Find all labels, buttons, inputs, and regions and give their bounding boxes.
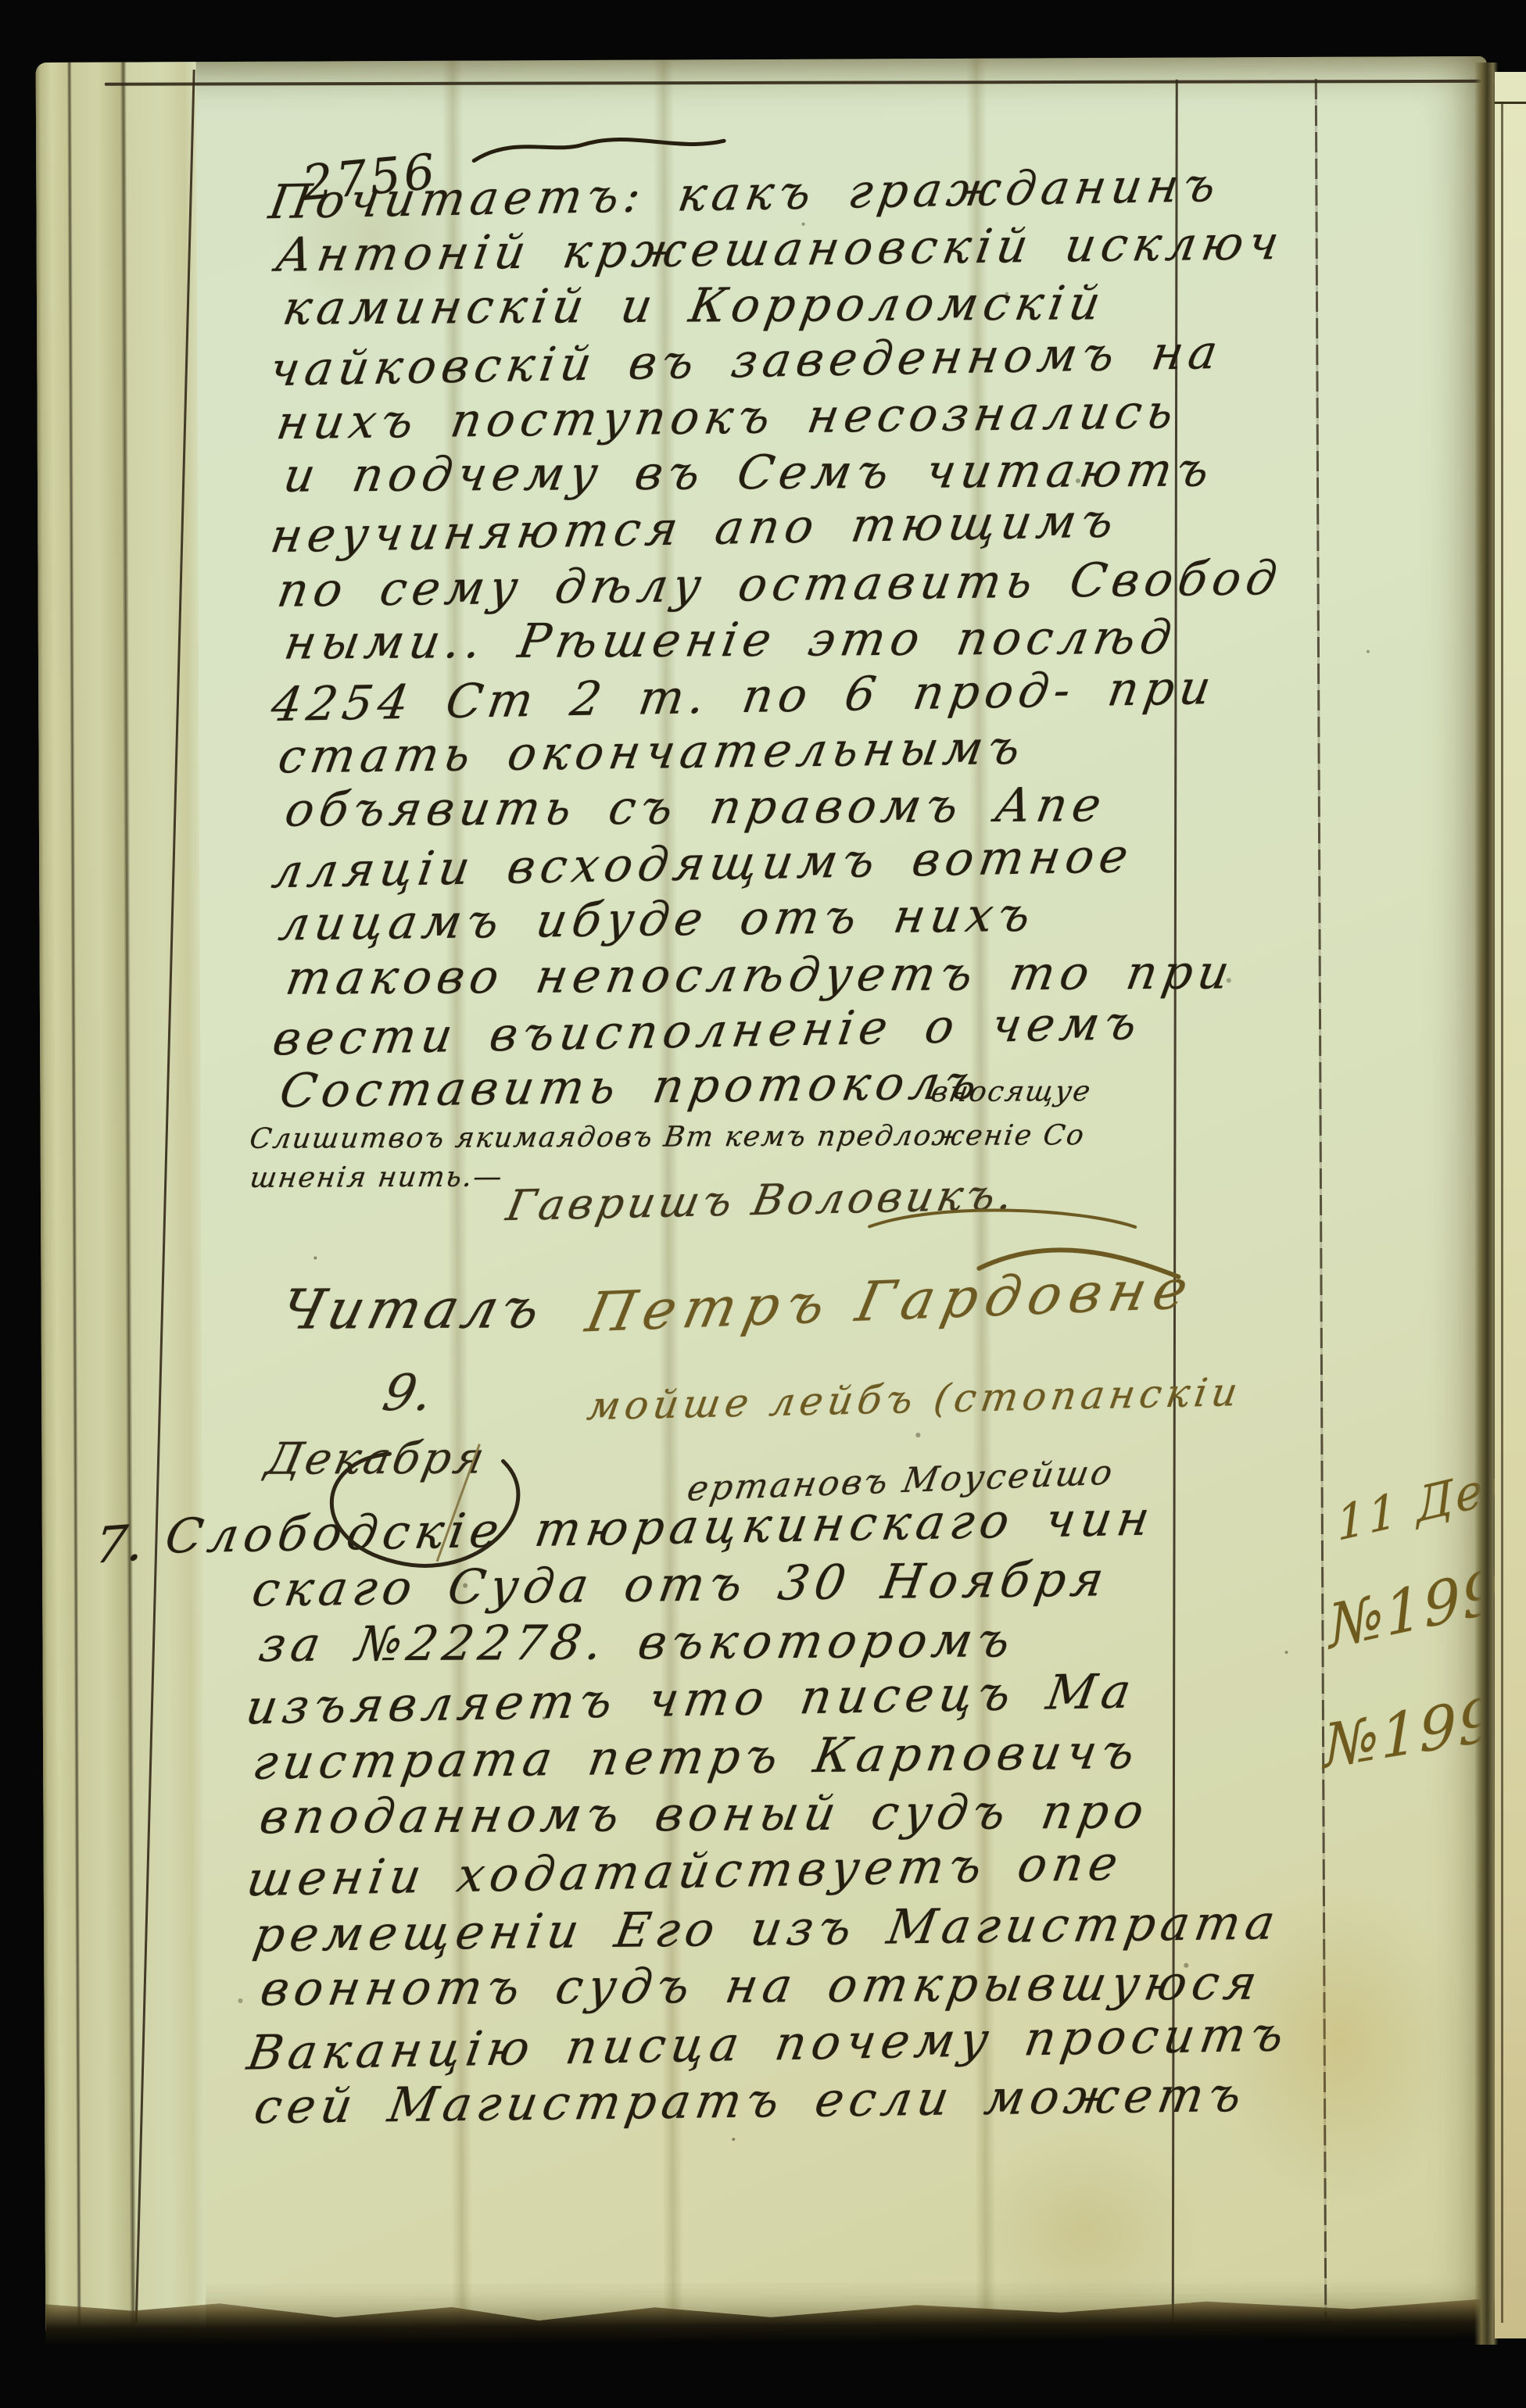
photo-background: 2756 Почитаетъ: какъ гражданинъАнтоній к…	[0, 0, 1526, 2408]
ruled-line-right-outer	[1315, 79, 1327, 2324]
entry7-text-block: Слободскіе тюрацкинскаго чинскаго Суда о…	[36, 56, 1487, 63]
read-date-word: Читалъ	[274, 1276, 552, 1342]
marginal-note-line: шненія нить.—	[248, 1161, 505, 1193]
signature-moishe-leib: мойше лейбъ (стопанскіи	[584, 1369, 1245, 1429]
entry-number: 7.	[92, 1514, 146, 1575]
handwritten-line: Антоній кржешановскій исключ	[272, 216, 1288, 283]
ink-specks	[36, 63, 38, 64]
next-page-ruled-line	[1501, 103, 1503, 2323]
handwritten-line: изъявляетъ что писецъ Ма	[242, 1664, 1140, 1736]
marginal-note-line: Слишитвоъ якимаядовъ Вт кемъ предложеніе…	[248, 1119, 1087, 1155]
handwritten-line: вподанномъ воный судъ про	[256, 1784, 1153, 1844]
handwritten-line: нихъ поступокъ несознались	[273, 385, 1183, 450]
next-page-edge	[1495, 72, 1526, 2338]
handwritten-line: ремещеніи Его изъ Магистрата	[249, 1895, 1284, 1963]
paper-stain	[967, 2129, 1202, 2333]
handwritten-line: неучиняются апо тющимъ	[267, 494, 1123, 564]
handwritten-line: 4254 Ст 2 т. по 6 прод- при	[267, 660, 1220, 732]
handwritten-line: гистрата петръ Карповичъ	[249, 1724, 1144, 1791]
book-binding-edge	[36, 62, 206, 2334]
handwritten-line: лицамъ ибуде отъ нихъ	[275, 888, 1040, 952]
handwritten-line: по сему дѣлу оставить Свобод	[274, 551, 1286, 618]
clerk-signature: Гавришъ Воловикъ.	[503, 1170, 1021, 1230]
read-date-month: Декабря	[262, 1433, 492, 1485]
handwritten-line: за №22278. въкоторомъ	[255, 1612, 1019, 1673]
manuscript-page: 2756 Почитаетъ: какъ гражданинъАнтоній к…	[36, 56, 1497, 2334]
handwritten-line: стать окончательнымъ	[274, 721, 1030, 785]
handwritten-line: объявить съ правомъ Апе	[281, 778, 1111, 838]
handwritten-line: Составить протоколъ	[276, 1056, 987, 1119]
ruled-line-top	[105, 80, 1510, 86]
handwritten-line: сей Магистратъ если можетъ	[250, 2067, 1251, 2135]
handwritten-line: скаго Суда отъ 30 Ноября	[249, 1552, 1113, 1618]
read-date-day: 9.	[378, 1365, 437, 1422]
torn-bottom-edge	[45, 2281, 1496, 2345]
next-page-top-line	[1495, 102, 1526, 104]
handwritten-line: вести въисполненіе о чемъ	[269, 996, 1145, 1066]
handwritten-line: ными.. Рѣшеніе это послѣд	[281, 610, 1180, 671]
signature-petr-gardovne: Петръ Гардовне	[581, 1257, 1202, 1344]
handwritten-line: каминскій и Корроломскій	[279, 276, 1110, 335]
appended-word: вносящуе	[929, 1075, 1094, 1108]
handwritten-line: шеніи ходатайствуетъ опе	[243, 1836, 1127, 1908]
handwritten-line: воннотъ судъ на открывшуюся	[256, 1955, 1266, 2017]
folio-underline-swash	[474, 139, 724, 161]
decision-text-block: Почитаетъ: какъ гражданинъАнтоній кржеша…	[36, 56, 1487, 63]
